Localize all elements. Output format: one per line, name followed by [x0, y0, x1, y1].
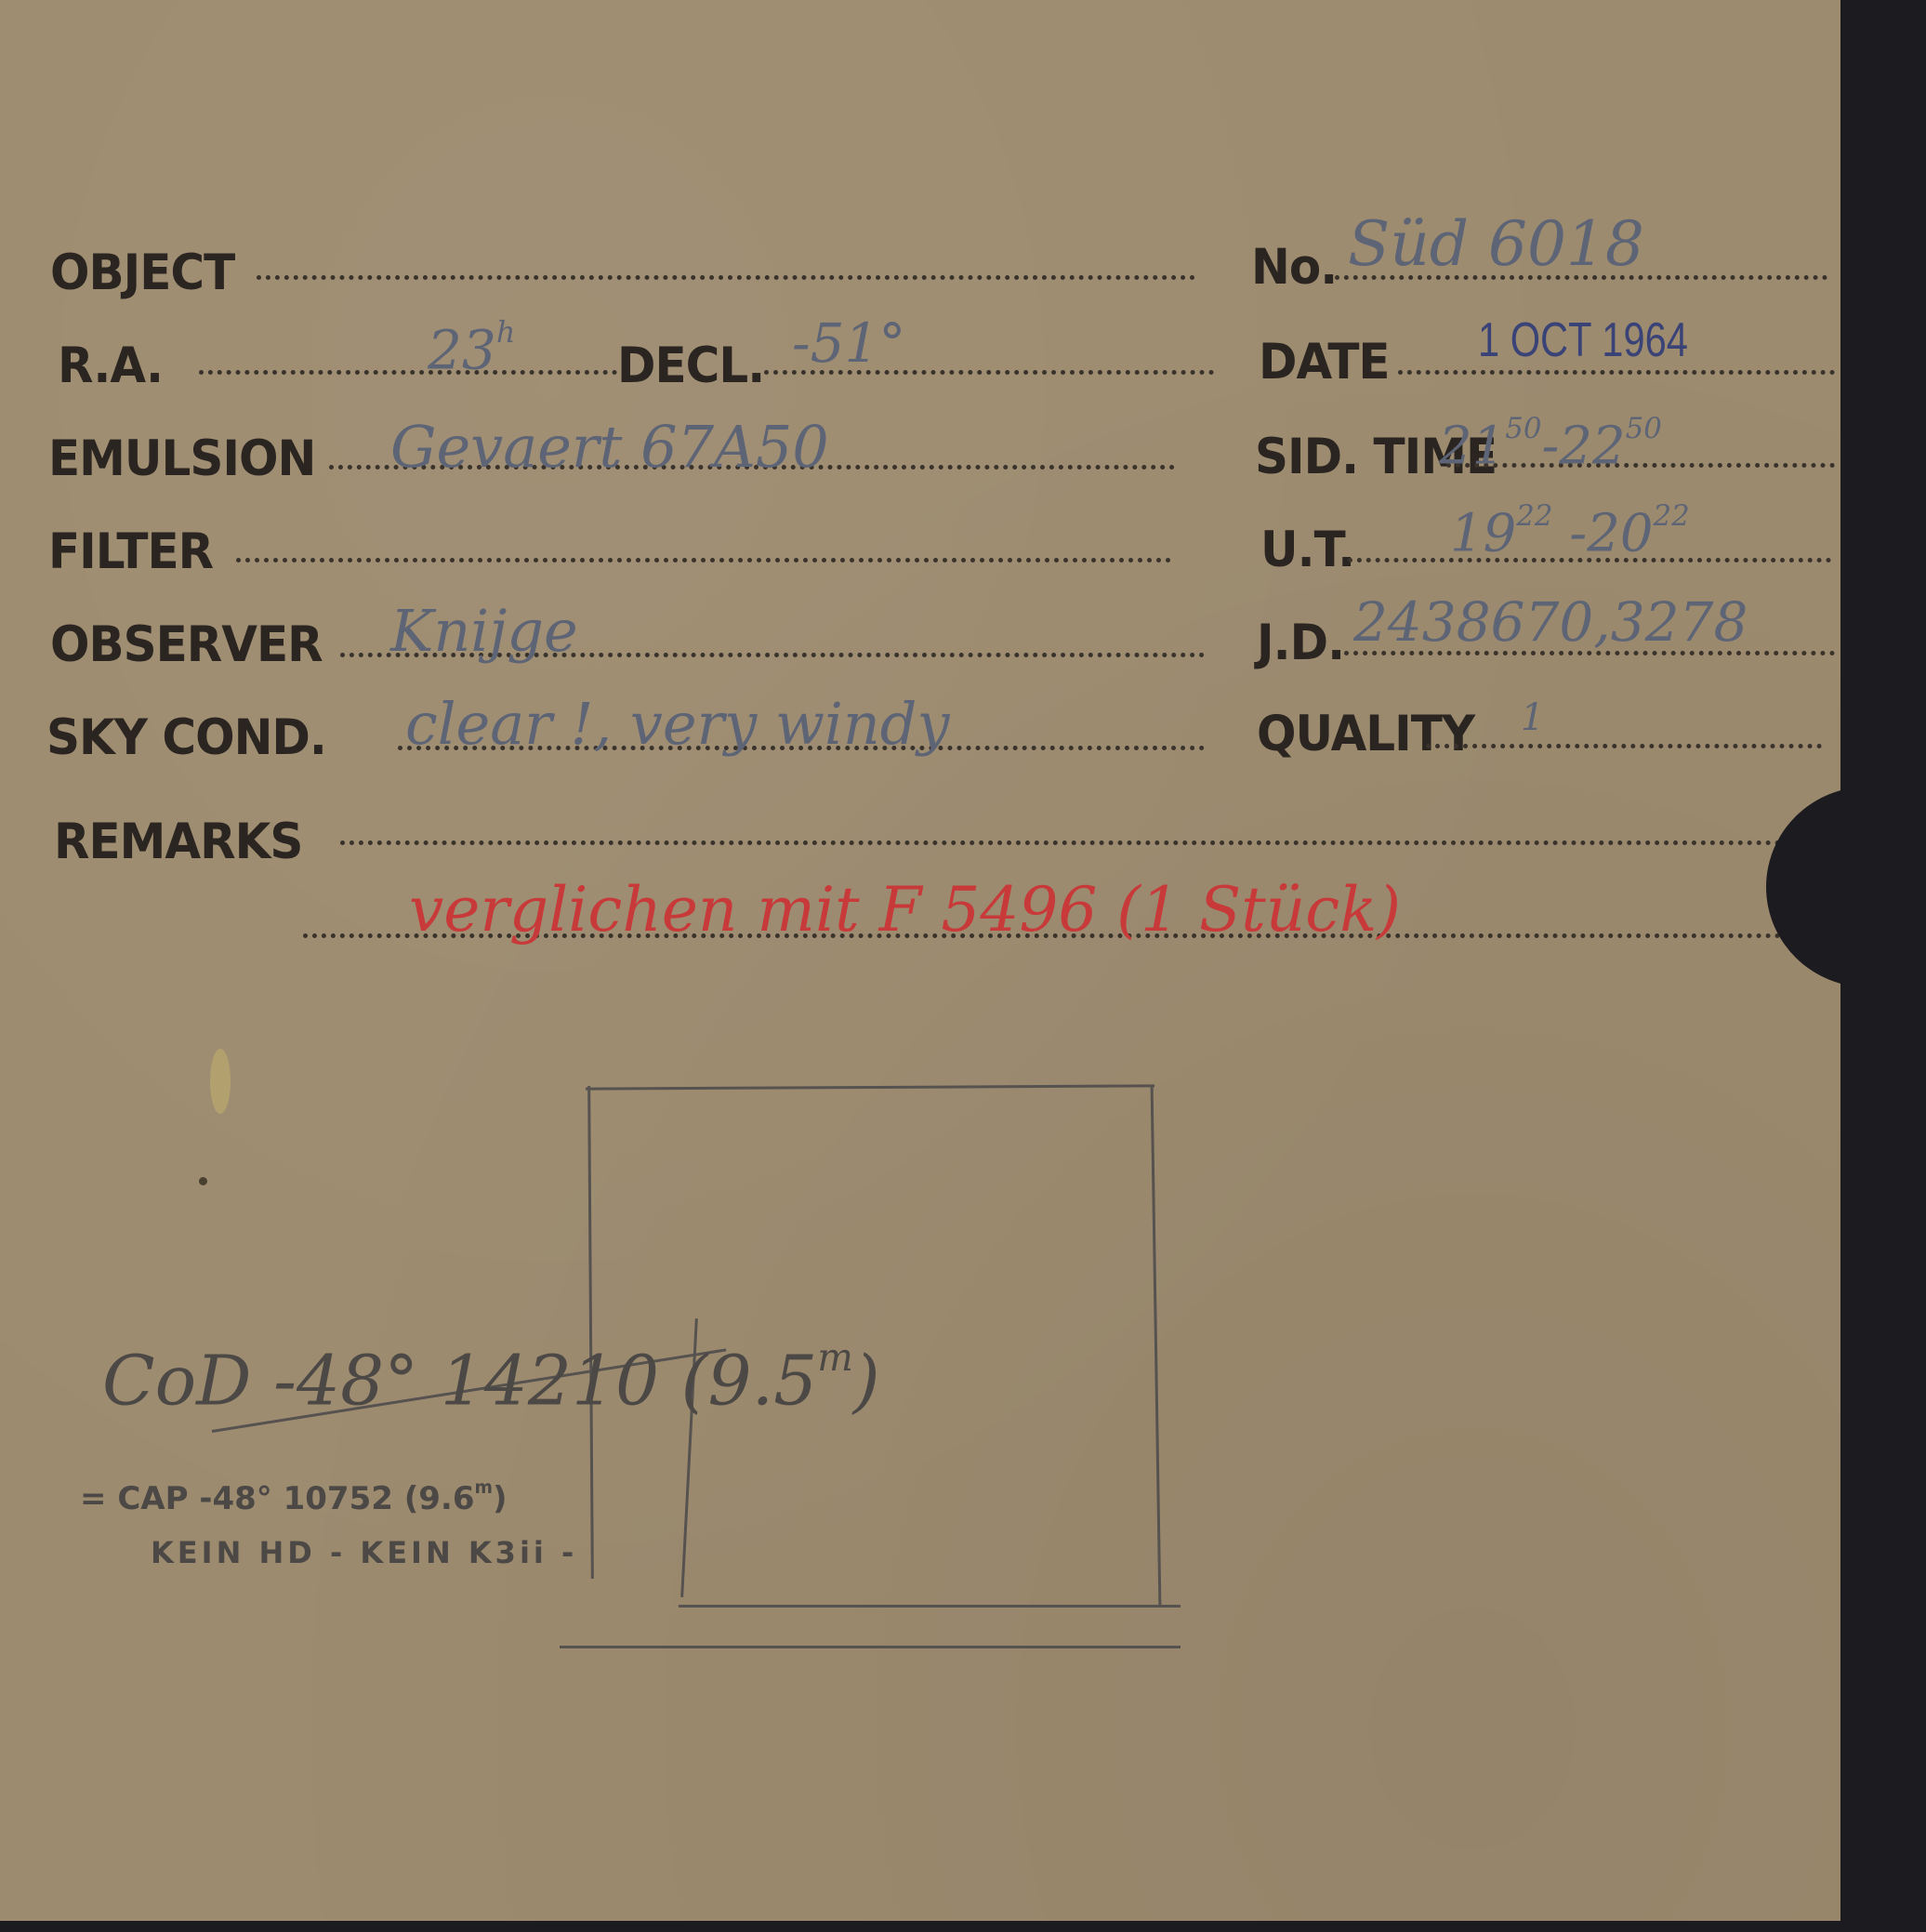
ra-value: 23h: [428, 318, 515, 377]
pencil-note-cod: CoD -48° 14210 (9.5m): [102, 1339, 880, 1416]
paper-stain: [210, 1049, 231, 1114]
plate-envelope: OBJECT R.A. 23h DECL. -51° EMULSION Geva…: [0, 0, 1840, 1921]
filter-field-line: [236, 558, 1171, 562]
label-ut: U.T.: [1260, 525, 1354, 575]
remarks-value: verglichen mit F 5496 (1 Stück): [409, 880, 1401, 941]
sid-time-value: 2150-2250: [1439, 415, 1662, 473]
quality-field-line: [1426, 744, 1822, 748]
remarks-field-line-1: [340, 840, 1818, 845]
plate-sketch-bottom-edge: [679, 1605, 1181, 1608]
label-filter: FILTER: [48, 527, 213, 576]
ra-field-line: [199, 370, 617, 375]
label-decl: DECL.: [617, 341, 764, 390]
label-remarks: REMARKS: [54, 817, 302, 867]
plate-sketch-left-edge: [587, 1086, 594, 1579]
observer-value: Knijge: [390, 602, 578, 660]
jd-value: 2438670,3278: [1353, 595, 1748, 649]
plate-number-value: Süd 6018: [1348, 214, 1644, 275]
sky-cond-value: clear !, very windy: [405, 695, 950, 753]
paper-speck: [199, 1177, 207, 1185]
emulsion-value: Gevaert 67A50: [390, 418, 829, 476]
date-field-line: [1398, 370, 1835, 375]
pencil-note-kein: KEIN HD - KEIN K3ii -: [151, 1538, 577, 1568]
label-no: No.: [1251, 243, 1337, 292]
plate-sketch-top-edge: [586, 1084, 1154, 1090]
object-field-line: [257, 275, 1195, 280]
label-ra: R.A.: [58, 341, 163, 390]
label-sky-cond: SKY COND.: [46, 713, 326, 762]
decl-value: -51°: [792, 316, 905, 370]
label-quality: QUALITY: [1257, 709, 1474, 759]
label-observer: OBSERVER: [50, 620, 323, 669]
date-stamp-value: 1 OCT 1964: [1478, 316, 1688, 364]
plate-sketch-right-edge: [1151, 1086, 1162, 1607]
label-emulsion: EMULSION: [48, 434, 315, 483]
label-jd: J.D.: [1257, 618, 1344, 668]
label-date: DATE: [1259, 337, 1390, 387]
pencil-note-cap: = CAP -48° 10752 (9.6m): [80, 1480, 508, 1515]
quality-value: 1: [1521, 699, 1544, 736]
label-object: OBJECT: [50, 248, 234, 298]
baseline-rule: [560, 1646, 1181, 1648]
ut-value: 1922 -2022: [1450, 502, 1690, 561]
